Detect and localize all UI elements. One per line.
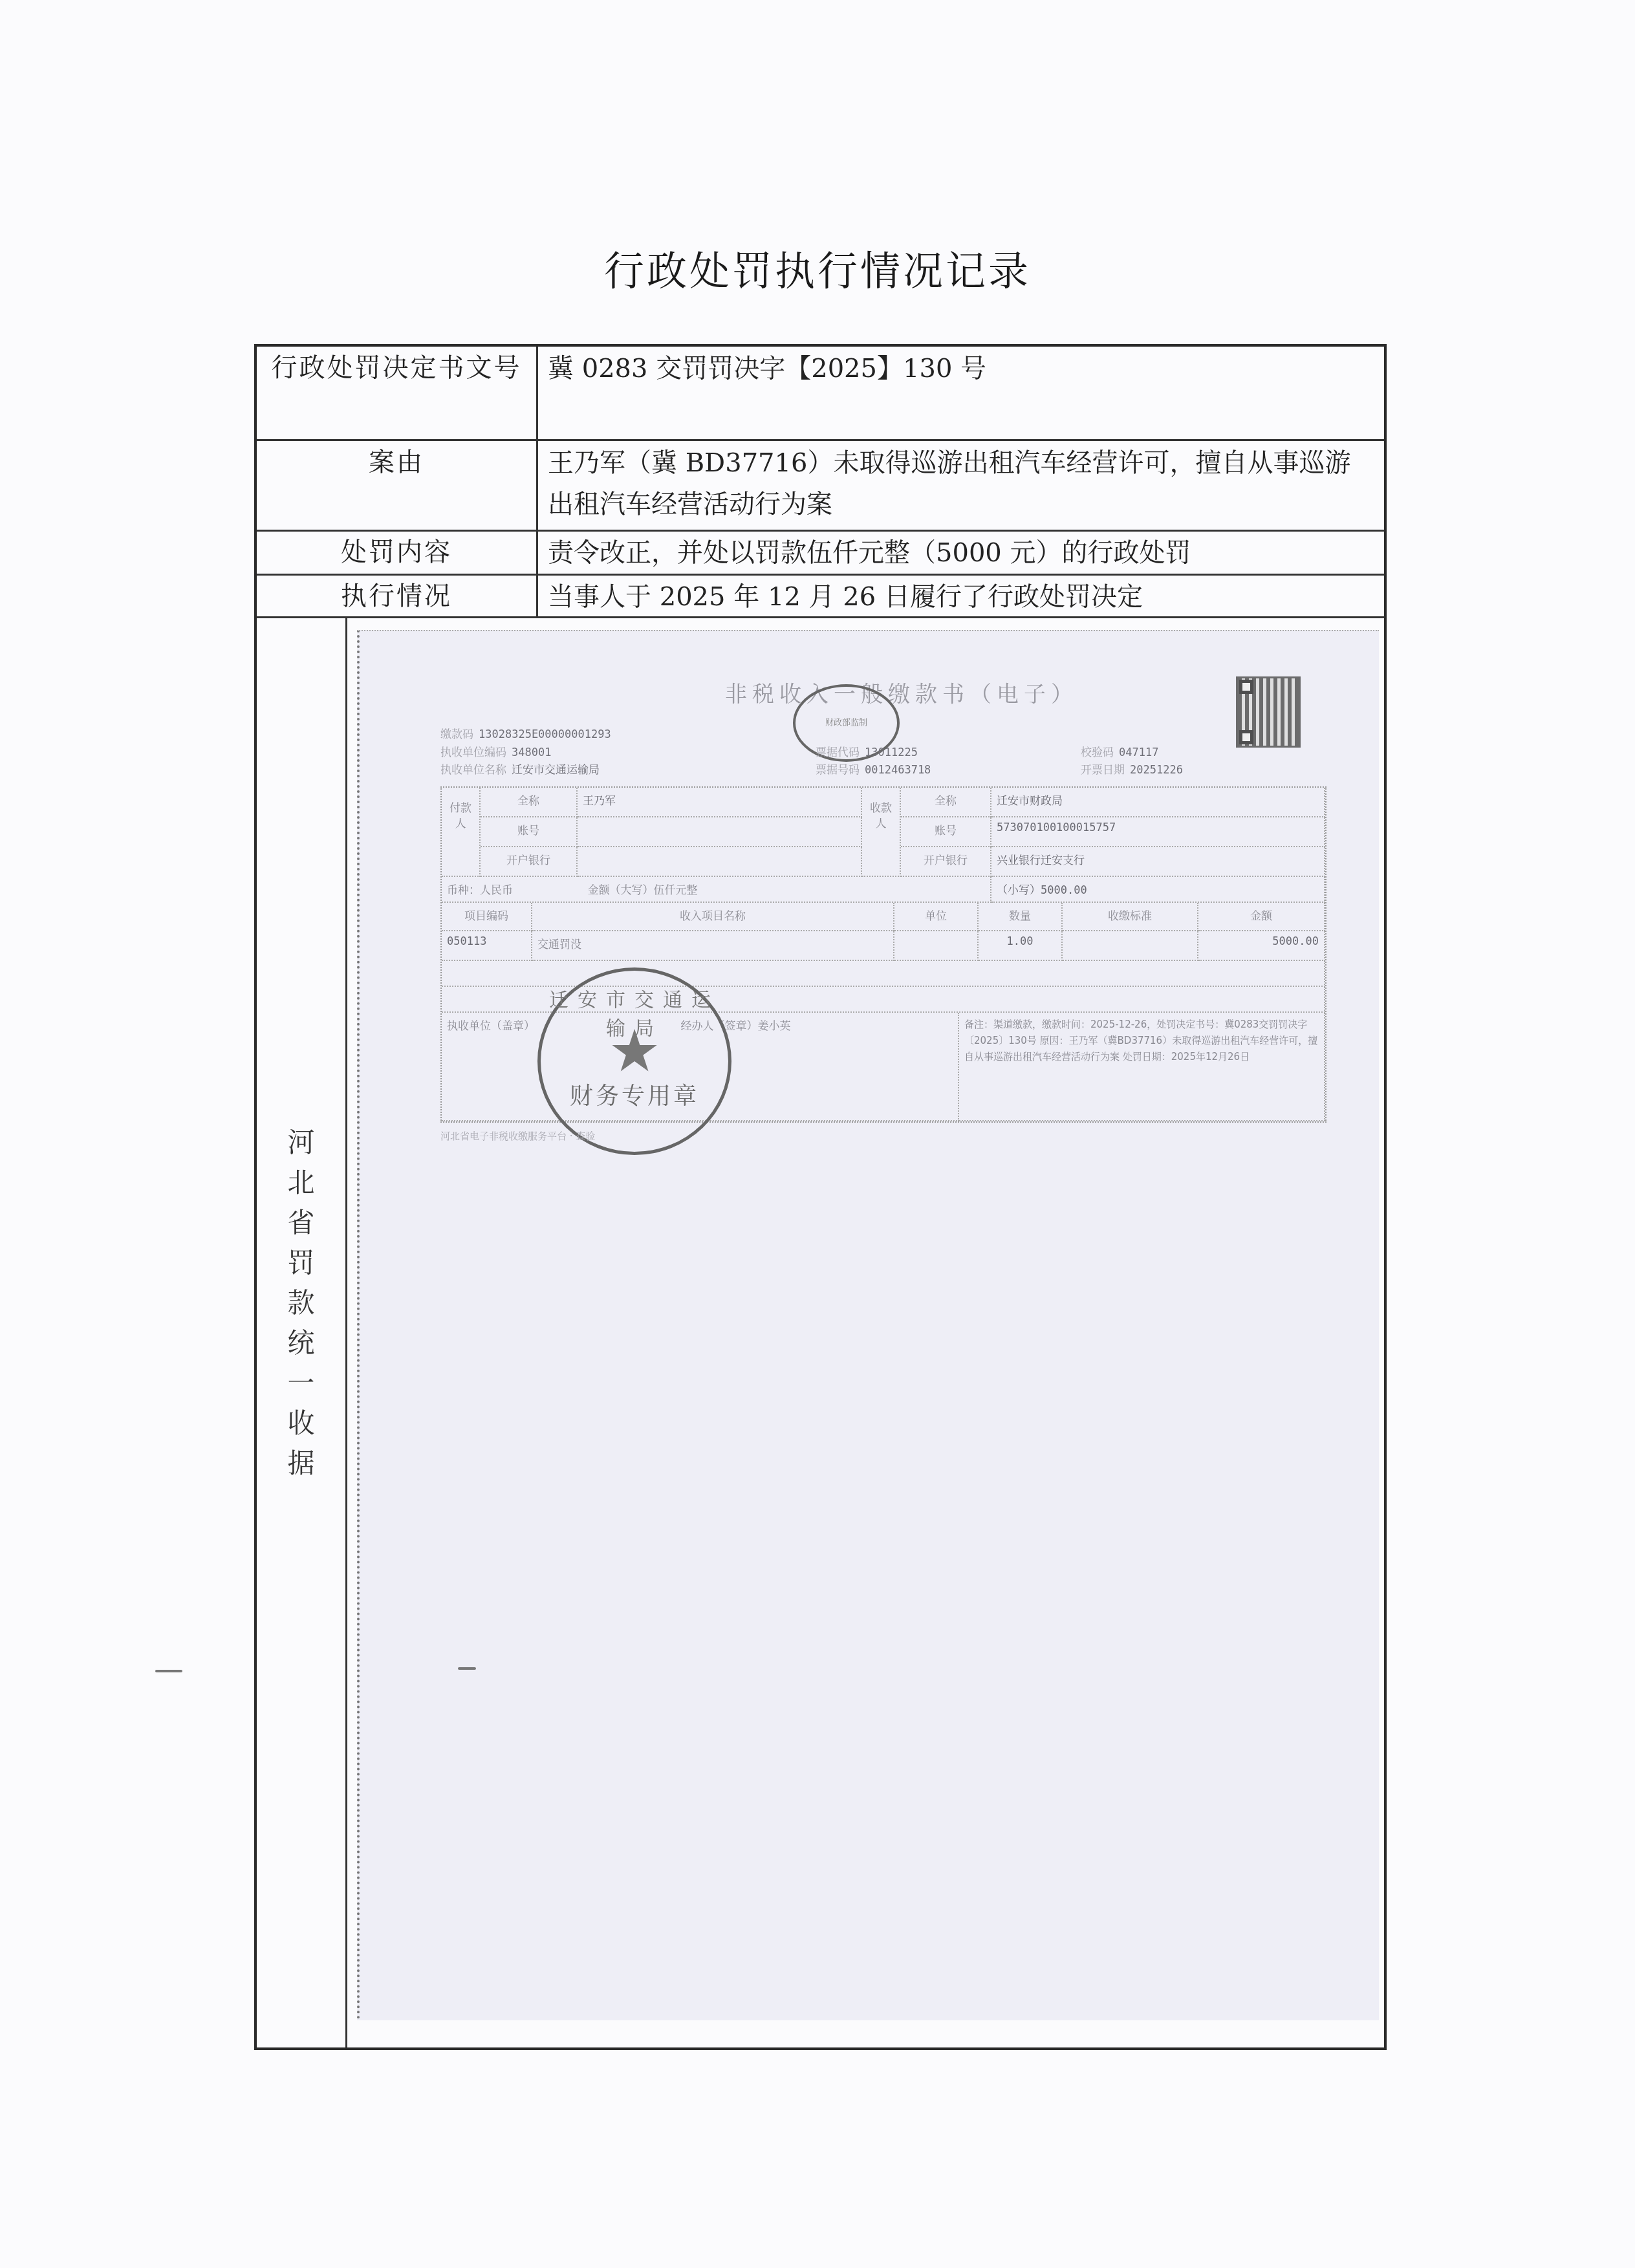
meta-agency-name: 执收单位名称迁安市交通运输局 xyxy=(440,761,600,777)
receipt-label-char: 款 xyxy=(257,1283,345,1323)
item-standard xyxy=(1063,931,1198,961)
value-execution-status: 当事人于 2025 年 12 月 26 日履行了行政处罚决定 xyxy=(548,576,1371,617)
payer-section-label: 付款人 xyxy=(442,788,481,877)
receipt-label-char: 罚 xyxy=(257,1243,345,1283)
item-unit xyxy=(894,931,979,961)
label-case-cause: 案由 xyxy=(257,441,538,530)
receipt-label-char: 河 xyxy=(257,1123,345,1163)
value-penalty-content: 责令改正，并处以罚款伍仟元整（5000 元）的行政处罚 xyxy=(548,532,1371,573)
document-title: 行政处罚执行情况记录 xyxy=(0,239,1635,297)
scan-mark xyxy=(458,1667,476,1670)
meta-bill-number: 票据号码0012463718 xyxy=(816,761,931,777)
item-code: 050113 xyxy=(442,931,532,961)
payee-bank: 兴业银行迁安支行 xyxy=(991,847,1325,877)
meta-issue-date: 开票日期20251226 xyxy=(1081,761,1183,777)
payer-name: 王乃军 xyxy=(578,788,862,817)
record-table: 行政处罚决定书文号 冀 0283 交罚罚决字【2025】130 号 案由 王乃军… xyxy=(254,344,1387,2050)
payee-bank-label: 开户银行 xyxy=(901,847,991,877)
payer-account xyxy=(578,817,862,847)
value-decision-number: 冀 0283 交罚罚决字【2025】130 号 xyxy=(548,347,1371,389)
items-header-qty: 数量 xyxy=(979,903,1063,931)
payer-name-label: 全称 xyxy=(481,788,578,817)
label-receipt: 河北省罚款统一收据 xyxy=(257,618,347,2047)
item-qty: 1.00 xyxy=(979,931,1063,961)
meta-payment-code: 缴款码13028325E00000001293 xyxy=(440,725,611,741)
row-receipt: 河北省罚款统一收据 非税收入一般缴款书（电子） 财政部监制 缴款码1302832… xyxy=(257,618,1384,2047)
payee-account: 573070100100015757 xyxy=(991,817,1325,847)
items-header-name: 收入项目名称 xyxy=(532,903,894,931)
payee-name: 迁安市财政局 xyxy=(991,788,1325,817)
receipt-label-char: 据 xyxy=(257,1443,345,1484)
payer-account-label: 账号 xyxy=(481,817,578,847)
meta-check-code: 校验码047117 xyxy=(1081,743,1158,759)
label-penalty-content: 处罚内容 xyxy=(257,532,538,574)
items-header-unit: 单位 xyxy=(894,903,979,931)
label-execution-status: 执行情况 xyxy=(257,576,538,616)
receipt-label-char: 省 xyxy=(257,1203,345,1243)
finance-seal: 迁安市交通运输局 ★ 财务专用章 xyxy=(537,967,731,1155)
receipt-notes: 备注：渠道缴款，缴款时间：2025-12-26，处罚决定书号：冀0283交罚罚决… xyxy=(959,1013,1325,1121)
meta-agency-code: 执收单位编码348001 xyxy=(440,743,551,759)
amount-lower: （小写）5000.00 xyxy=(991,877,1325,903)
receipt-label-char: 北 xyxy=(257,1163,345,1203)
receipt-scan-image: 非税收入一般缴款书（电子） 财政部监制 缴款码13028325E00000001… xyxy=(357,630,1379,2020)
receipt-footer: 河北省电子非税收缴服务平台 · 查验 xyxy=(440,1129,595,1143)
row-penalty-content: 处罚内容 责令改正，并处以罚款伍仟元整（5000 元）的行政处罚 xyxy=(257,532,1384,576)
scan-mark xyxy=(155,1670,182,1672)
payee-name-label: 全称 xyxy=(901,788,991,817)
items-header-code: 项目编码 xyxy=(442,903,532,931)
row-execution-status: 执行情况 当事人于 2025 年 12 月 26 日履行了行政处罚决定 xyxy=(257,576,1384,618)
item-name: 交通罚没 xyxy=(532,931,894,961)
receipt-label-char: 一 xyxy=(257,1363,345,1403)
receipt-vertical-label: 河北省罚款统一收据 xyxy=(257,1123,345,1484)
payee-section-label: 收款人 xyxy=(862,788,901,877)
row-decision-number: 行政处罚决定书文号 冀 0283 交罚罚决字【2025】130 号 xyxy=(257,347,1384,441)
row-case-cause: 案由 王乃军（冀 BD37716）未取得巡游出租汽车经营许可，擅自从事巡游出租汽… xyxy=(257,441,1384,532)
payer-bank xyxy=(578,847,862,877)
amount-upper: 币种：人民币 金额（大写）伍仟元整 xyxy=(442,877,991,903)
receipt-label-char: 统 xyxy=(257,1323,345,1363)
item-amount: 5000.00 xyxy=(1198,931,1325,961)
receipt-label-char: 收 xyxy=(257,1403,345,1443)
value-case-cause: 王乃军（冀 BD37716）未取得巡游出租汽车经营许可，擅自从事巡游出租汽车经营… xyxy=(548,441,1371,525)
receipt-title: 非税收入一般缴款书（电子） xyxy=(725,676,1078,708)
item-row-empty xyxy=(442,961,1325,987)
payee-account-label: 账号 xyxy=(901,817,991,847)
items-header-amount: 金额 xyxy=(1198,903,1325,931)
payer-bank-label: 开户银行 xyxy=(481,847,578,877)
meta-bill-code: 票据代码13011225 xyxy=(816,743,918,759)
qr-code-icon xyxy=(1236,676,1301,748)
items-header-standard: 收缴标准 xyxy=(1063,903,1198,931)
label-decision-number: 行政处罚决定书文号 xyxy=(257,347,538,439)
